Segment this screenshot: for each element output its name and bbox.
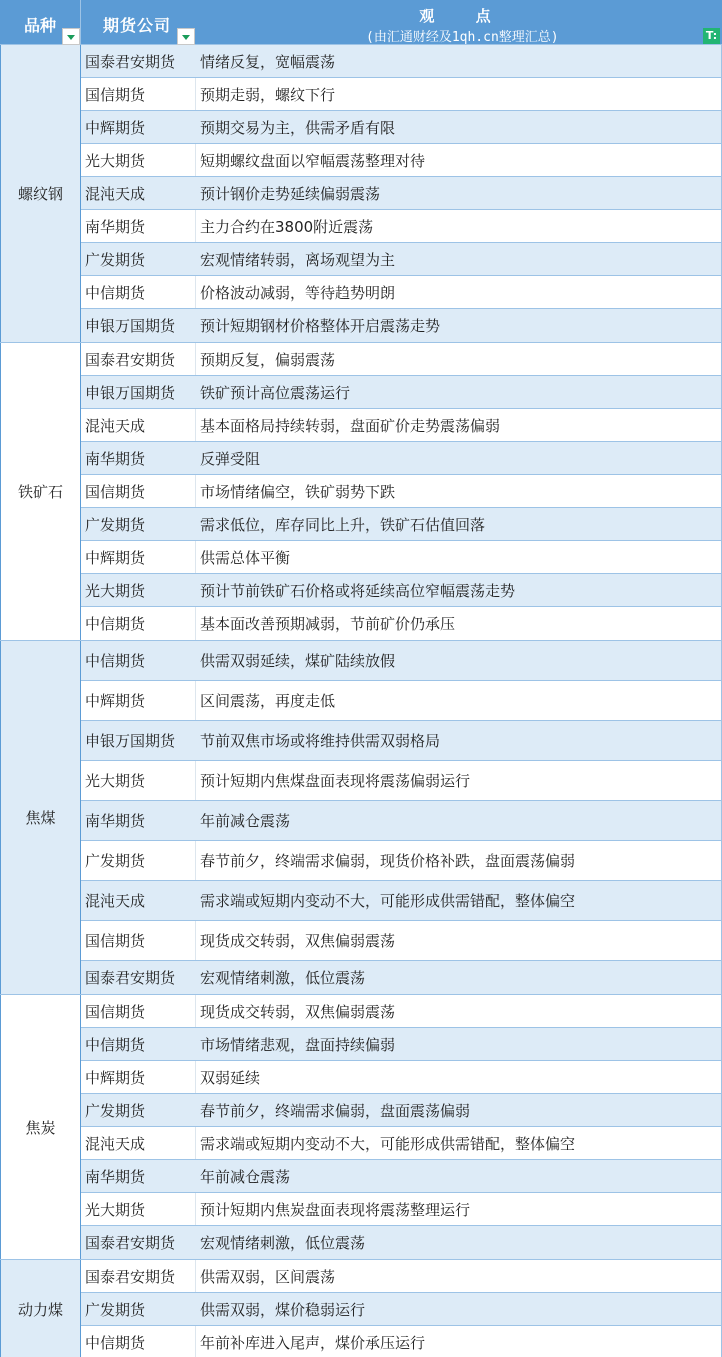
company-cell: 申银万国期货: [81, 309, 196, 342]
table-row[interactable]: 南华期货年前减仓震荡: [81, 1160, 722, 1193]
company-cell: 广发期货: [81, 508, 196, 540]
company-cell: 国泰君安期货: [81, 1226, 196, 1259]
view-cell: 反弹受阻: [196, 442, 722, 474]
company-cell: 国信期货: [81, 78, 196, 110]
company-cell: 国泰君安期货: [81, 343, 196, 375]
variety-rows: 国泰君安期货情绪反复，宽幅震荡国信期货预期走弱，螺纹下行中辉期货预期交易为主，供…: [81, 45, 722, 342]
header-company-cell: 期货公司: [81, 0, 196, 45]
company-cell: 广发期货: [81, 1094, 196, 1126]
futures-views-table: 品种 期货公司 观 点 (由汇通财经及1qh.cn整理汇总) T: 螺纹钢国泰君…: [0, 0, 722, 1357]
table-row[interactable]: 广发期货宏观情绪转弱，离场观望为主: [81, 243, 722, 276]
company-cell: 中信期货: [81, 641, 196, 680]
variety-rows: 国泰君安期货预期反复，偏弱震荡申银万国期货铁矿预计高位震荡运行混沌天成基本面格局…: [81, 343, 722, 640]
view-cell: 供需总体平衡: [196, 541, 722, 573]
table-row[interactable]: 中信期货供需双弱延续，煤矿陆续放假: [81, 641, 722, 681]
view-cell: 春节前夕，终端需求偏弱，盘面震荡偏弱: [196, 1094, 722, 1126]
view-cell: 区间震荡，再度走低: [196, 681, 722, 720]
company-cell: 广发期货: [81, 1293, 196, 1325]
table-row[interactable]: 国信期货市场情绪偏空，铁矿弱势下跌: [81, 475, 722, 508]
view-cell: 预计钢价走势延续偏弱震荡: [196, 177, 722, 209]
variety-cell: 螺纹钢: [0, 45, 81, 342]
table-row[interactable]: 光大期货短期螺纹盘面以窄幅震荡整理对待: [81, 144, 722, 177]
table-row[interactable]: 中辉期货双弱延续: [81, 1061, 722, 1094]
view-cell: 预计节前铁矿石价格或将延续高位窄幅震荡走势: [196, 574, 722, 606]
table-row[interactable]: 国泰君安期货预期反复，偏弱震荡: [81, 343, 722, 376]
table-row[interactable]: 中辉期货供需总体平衡: [81, 541, 722, 574]
variety-rows: 国泰君安期货供需双弱，区间震荡广发期货供需双弱，煤价稳弱运行中信期货年前补库进入…: [81, 1260, 722, 1357]
view-cell: 供需双弱，煤价稳弱运行: [196, 1293, 722, 1325]
company-cell: 混沌天成: [81, 409, 196, 441]
filter-icon[interactable]: T:: [703, 28, 720, 44]
view-cell: 预期走弱，螺纹下行: [196, 78, 722, 110]
header-view-cell: 观 点 (由汇通财经及1qh.cn整理汇总): [196, 0, 722, 45]
variety-rows: 中信期货供需双弱延续，煤矿陆续放假中辉期货区间震荡，再度走低申银万国期货节前双焦…: [81, 641, 722, 994]
table-row[interactable]: 中辉期货区间震荡，再度走低: [81, 681, 722, 721]
dropdown-arrow-icon[interactable]: [62, 28, 80, 45]
table-row[interactable]: 广发期货春节前夕，终端需求偏弱，盘面震荡偏弱: [81, 1094, 722, 1127]
company-cell: 中信期货: [81, 276, 196, 308]
view-cell: 价格波动减弱，等待趋势明朗: [196, 276, 722, 308]
table-row[interactable]: 国泰君安期货供需双弱，区间震荡: [81, 1260, 722, 1293]
variety-group: 动力煤国泰君安期货供需双弱，区间震荡广发期货供需双弱，煤价稳弱运行中信期货年前补…: [0, 1260, 722, 1357]
company-cell: 中辉期货: [81, 111, 196, 143]
view-cell: 供需双弱延续，煤矿陆续放假: [196, 641, 722, 680]
view-cell: 市场情绪悲观，盘面持续偏弱: [196, 1028, 722, 1060]
company-cell: 光大期货: [81, 144, 196, 176]
view-cell: 需求端或短期内变动不大，可能形成供需错配，整体偏空: [196, 1127, 722, 1159]
view-cell: 宏观情绪转弱，离场观望为主: [196, 243, 722, 275]
table-row[interactable]: 南华期货主力合约在3800附近震荡: [81, 210, 722, 243]
view-cell: 双弱延续: [196, 1061, 722, 1093]
table-header: 品种 期货公司 观 点 (由汇通财经及1qh.cn整理汇总) T:: [0, 0, 722, 45]
view-cell: 年前减仓震荡: [196, 1160, 722, 1192]
company-cell: 国信期货: [81, 995, 196, 1027]
view-cell: 春节前夕，终端需求偏弱，现货价格补跌，盘面震荡偏弱: [196, 841, 722, 880]
view-cell: 预期反复，偏弱震荡: [196, 343, 722, 375]
table-row[interactable]: 光大期货预计短期内焦炭盘面表现将震荡整理运行: [81, 1193, 722, 1226]
header-variety-cell: 品种: [0, 0, 81, 45]
table-row[interactable]: 申银万国期货预计短期钢材价格整体开启震荡走势: [81, 309, 722, 342]
table-row[interactable]: 光大期货预计节前铁矿石价格或将延续高位窄幅震荡走势: [81, 574, 722, 607]
company-cell: 中信期货: [81, 1028, 196, 1060]
table-row[interactable]: 国信期货现货成交转弱，双焦偏弱震荡: [81, 995, 722, 1028]
company-cell: 混沌天成: [81, 1127, 196, 1159]
view-cell: 预计短期内焦煤盘面表现将震荡偏弱运行: [196, 761, 722, 800]
view-cell: 需求端或短期内变动不大，可能形成供需错配，整体偏空: [196, 881, 722, 920]
company-cell: 南华期货: [81, 210, 196, 242]
company-cell: 光大期货: [81, 761, 196, 800]
view-cell: 宏观情绪刺激，低位震荡: [196, 1226, 722, 1259]
view-cell: 情绪反复，宽幅震荡: [196, 45, 722, 77]
company-cell: 国泰君安期货: [81, 45, 196, 77]
view-cell: 预计短期钢材价格整体开启震荡走势: [196, 309, 722, 342]
variety-group: 铁矿石国泰君安期货预期反复，偏弱震荡申银万国期货铁矿预计高位震荡运行混沌天成基本…: [0, 343, 722, 641]
variety-cell: 动力煤: [0, 1260, 81, 1357]
view-cell: 节前双焦市场或将维持供需双弱格局: [196, 721, 722, 760]
variety-group: 焦炭国信期货现货成交转弱，双焦偏弱震荡中信期货市场情绪悲观，盘面持续偏弱中辉期货…: [0, 995, 722, 1260]
view-cell: 现货成交转弱，双焦偏弱震荡: [196, 995, 722, 1027]
table-row[interactable]: 混沌天成基本面格局持续转弱，盘面矿价走势震荡偏弱: [81, 409, 722, 442]
view-cell: 短期螺纹盘面以窄幅震荡整理对待: [196, 144, 722, 176]
company-cell: 中信期货: [81, 1326, 196, 1357]
company-cell: 国信期货: [81, 921, 196, 960]
view-cell: 年前补库进入尾声，煤价承压运行: [196, 1326, 722, 1357]
table-row[interactable]: 光大期货预计短期内焦煤盘面表现将震荡偏弱运行: [81, 761, 722, 801]
table-row[interactable]: 中信期货市场情绪悲观，盘面持续偏弱: [81, 1028, 722, 1061]
view-cell: 宏观情绪刺激，低位震荡: [196, 961, 722, 994]
company-cell: 南华期货: [81, 1160, 196, 1192]
company-cell: 中信期货: [81, 607, 196, 640]
header-view-subtitle: (由汇通财经及1qh.cn整理汇总): [366, 26, 559, 45]
company-cell: 中辉期货: [81, 1061, 196, 1093]
table-row[interactable]: 国信期货预期走弱，螺纹下行: [81, 78, 722, 111]
table-row[interactable]: 混沌天成预计钢价走势延续偏弱震荡: [81, 177, 722, 210]
view-cell: 基本面格局持续转弱，盘面矿价走势震荡偏弱: [196, 409, 722, 441]
company-cell: 中辉期货: [81, 681, 196, 720]
company-cell: 光大期货: [81, 574, 196, 606]
table-row[interactable]: 国信期货现货成交转弱，双焦偏弱震荡: [81, 921, 722, 961]
company-cell: 广发期货: [81, 841, 196, 880]
view-cell: 主力合约在3800附近震荡: [196, 210, 722, 242]
company-cell: 申银万国期货: [81, 721, 196, 760]
variety-group: 螺纹钢国泰君安期货情绪反复，宽幅震荡国信期货预期走弱，螺纹下行中辉期货预期交易为…: [0, 45, 722, 343]
table-row[interactable]: 国泰君安期货宏观情绪刺激，低位震荡: [81, 1226, 722, 1259]
header-company-label: 期货公司: [103, 13, 171, 36]
table-body: 螺纹钢国泰君安期货情绪反复，宽幅震荡国信期货预期走弱，螺纹下行中辉期货预期交易为…: [0, 45, 722, 1357]
table-row[interactable]: 申银万国期货节前双焦市场或将维持供需双弱格局: [81, 721, 722, 761]
table-row[interactable]: 南华期货反弹受阻: [81, 442, 722, 475]
company-cell: 光大期货: [81, 1193, 196, 1225]
table-row[interactable]: 国泰君安期货情绪反复，宽幅震荡: [81, 45, 722, 78]
company-cell: 南华期货: [81, 801, 196, 840]
view-cell: 铁矿预计高位震荡运行: [196, 376, 722, 408]
view-cell: 需求低位，库存同比上升，铁矿石估值回落: [196, 508, 722, 540]
company-cell: 申银万国期货: [81, 376, 196, 408]
variety-cell: 焦炭: [0, 995, 81, 1259]
view-cell: 预计短期内焦炭盘面表现将震荡整理运行: [196, 1193, 722, 1225]
variety-rows: 国信期货现货成交转弱，双焦偏弱震荡中信期货市场情绪悲观，盘面持续偏弱中辉期货双弱…: [81, 995, 722, 1259]
variety-group: 焦煤中信期货供需双弱延续，煤矿陆续放假中辉期货区间震荡，再度走低申银万国期货节前…: [0, 641, 722, 995]
view-cell: 市场情绪偏空，铁矿弱势下跌: [196, 475, 722, 507]
view-cell: 年前减仓震荡: [196, 801, 722, 840]
table-row[interactable]: 中信期货基本面改善预期减弱，节前矿价仍承压: [81, 607, 722, 640]
table-row[interactable]: 中辉期货预期交易为主，供需矛盾有限: [81, 111, 722, 144]
table-row[interactable]: 中信期货价格波动减弱，等待趋势明朗: [81, 276, 722, 309]
company-cell: 南华期货: [81, 442, 196, 474]
view-cell: 供需双弱，区间震荡: [196, 1260, 722, 1292]
table-row[interactable]: 广发期货需求低位，库存同比上升，铁矿石估值回落: [81, 508, 722, 541]
company-cell: 混沌天成: [81, 177, 196, 209]
table-row[interactable]: 申银万国期货铁矿预计高位震荡运行: [81, 376, 722, 409]
company-cell: 国泰君安期货: [81, 961, 196, 994]
table-row[interactable]: 混沌天成需求端或短期内变动不大，可能形成供需错配，整体偏空: [81, 1127, 722, 1160]
view-cell: 预期交易为主，供需矛盾有限: [196, 111, 722, 143]
table-row[interactable]: 南华期货年前减仓震荡: [81, 801, 722, 841]
company-cell: 广发期货: [81, 243, 196, 275]
variety-cell: 铁矿石: [0, 343, 81, 640]
variety-cell: 焦煤: [0, 641, 81, 994]
company-cell: 混沌天成: [81, 881, 196, 920]
dropdown-arrow-icon[interactable]: [177, 28, 195, 45]
table-row[interactable]: 混沌天成需求端或短期内变动不大，可能形成供需错配，整体偏空: [81, 881, 722, 921]
table-row[interactable]: 国泰君安期货宏观情绪刺激，低位震荡: [81, 961, 722, 994]
header-view-title: 观 点: [196, 5, 714, 26]
header-variety-label: 品种: [24, 13, 56, 36]
table-row[interactable]: 广发期货供需双弱，煤价稳弱运行: [81, 1293, 722, 1326]
table-row[interactable]: 中信期货年前补库进入尾声，煤价承压运行: [81, 1326, 722, 1357]
view-cell: 现货成交转弱，双焦偏弱震荡: [196, 921, 722, 960]
view-cell: 基本面改善预期减弱，节前矿价仍承压: [196, 607, 722, 640]
table-row[interactable]: 广发期货春节前夕，终端需求偏弱，现货价格补跌，盘面震荡偏弱: [81, 841, 722, 881]
company-cell: 国信期货: [81, 475, 196, 507]
company-cell: 中辉期货: [81, 541, 196, 573]
company-cell: 国泰君安期货: [81, 1260, 196, 1292]
